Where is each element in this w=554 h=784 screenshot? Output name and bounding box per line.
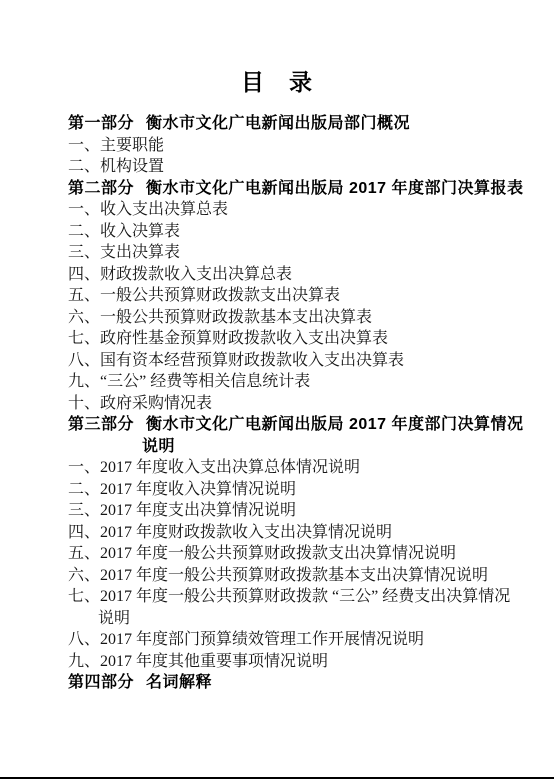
- table-of-contents: 第一部分衡水市文化广电新闻出版局部门概况 一、主要职能 二、机构设置 第二部分衡…: [68, 113, 520, 694]
- section-title: 名词解释: [146, 674, 212, 691]
- section-1-heading: 第一部分衡水市文化广电新闻出版局部门概况: [68, 113, 520, 135]
- toc-item: 七、2017 年度一般公共预算财政拨款 “三公” 经费支出决算情况: [68, 586, 520, 608]
- toc-item: 十、政府采购情况表: [68, 393, 520, 415]
- section-2-heading: 第二部分衡水市文化广电新闻出版局 2017 年度部门决算报表: [68, 178, 520, 200]
- toc-item: 二、2017 年度收入决算情况说明: [68, 479, 520, 501]
- scan-border-line: [0, 777, 554, 779]
- toc-item: 四、财政拨款收入支出决算总表: [68, 264, 520, 286]
- toc-item: 九、2017 年度其他重要事项情况说明: [68, 651, 520, 673]
- toc-item: 九、“三公” 经费等相关信息统计表: [68, 371, 520, 393]
- section-3-heading: 第三部分衡水市文化广电新闻出版局 2017 年度部门决算情况: [68, 414, 520, 436]
- section-title: 衡水市文化广电新闻出版局 2017 年度部门决算报表: [146, 180, 524, 197]
- section-label: 第三部分: [68, 416, 134, 433]
- section-3-heading-wrap: 说明: [68, 436, 520, 458]
- section-title: 衡水市文化广电新闻出版局部门概况: [146, 115, 410, 132]
- toc-item: 二、收入决算表: [68, 221, 520, 243]
- toc-item: 一、主要职能: [68, 135, 520, 157]
- toc-item: 七、政府性基金预算财政拨款收入支出决算表: [68, 328, 520, 350]
- section-4-heading: 第四部分名词解释: [68, 672, 520, 694]
- toc-item: 八、国有资本经营预算财政拨款收入支出决算表: [68, 350, 520, 372]
- toc-item: 五、一般公共预算财政拨款支出决算表: [68, 285, 520, 307]
- toc-item: 六、2017 年度一般公共预算财政拨款基本支出决算情况说明: [68, 565, 520, 587]
- page-title: 目 录: [0, 0, 554, 96]
- toc-item: 八、2017 年度部门预算绩效管理工作开展情况说明: [68, 629, 520, 651]
- toc-item: 四、2017 年度财政拨款收入支出决算情况说明: [68, 522, 520, 544]
- document-page: 目 录 第一部分衡水市文化广电新闻出版局部门概况 一、主要职能 二、机构设置 第…: [0, 0, 554, 784]
- section-label: 第一部分: [68, 115, 134, 132]
- toc-item: 一、2017 年度收入支出决算总体情况说明: [68, 457, 520, 479]
- section-label: 第四部分: [68, 674, 134, 691]
- toc-item: 一、收入支出决算总表: [68, 199, 520, 221]
- toc-item: 三、支出决算表: [68, 242, 520, 264]
- toc-item-wrap: 说明: [68, 608, 520, 630]
- section-title: 衡水市文化广电新闻出版局 2017 年度部门决算情况: [146, 416, 524, 433]
- section-label: 第二部分: [68, 180, 134, 197]
- toc-item: 二、机构设置: [68, 156, 520, 178]
- toc-item: 五、2017 年度一般公共预算财政拨款支出决算情况说明: [68, 543, 520, 565]
- toc-item: 三、2017 年度支出决算情况说明: [68, 500, 520, 522]
- toc-item: 六、一般公共预算财政拨款基本支出决算表: [68, 307, 520, 329]
